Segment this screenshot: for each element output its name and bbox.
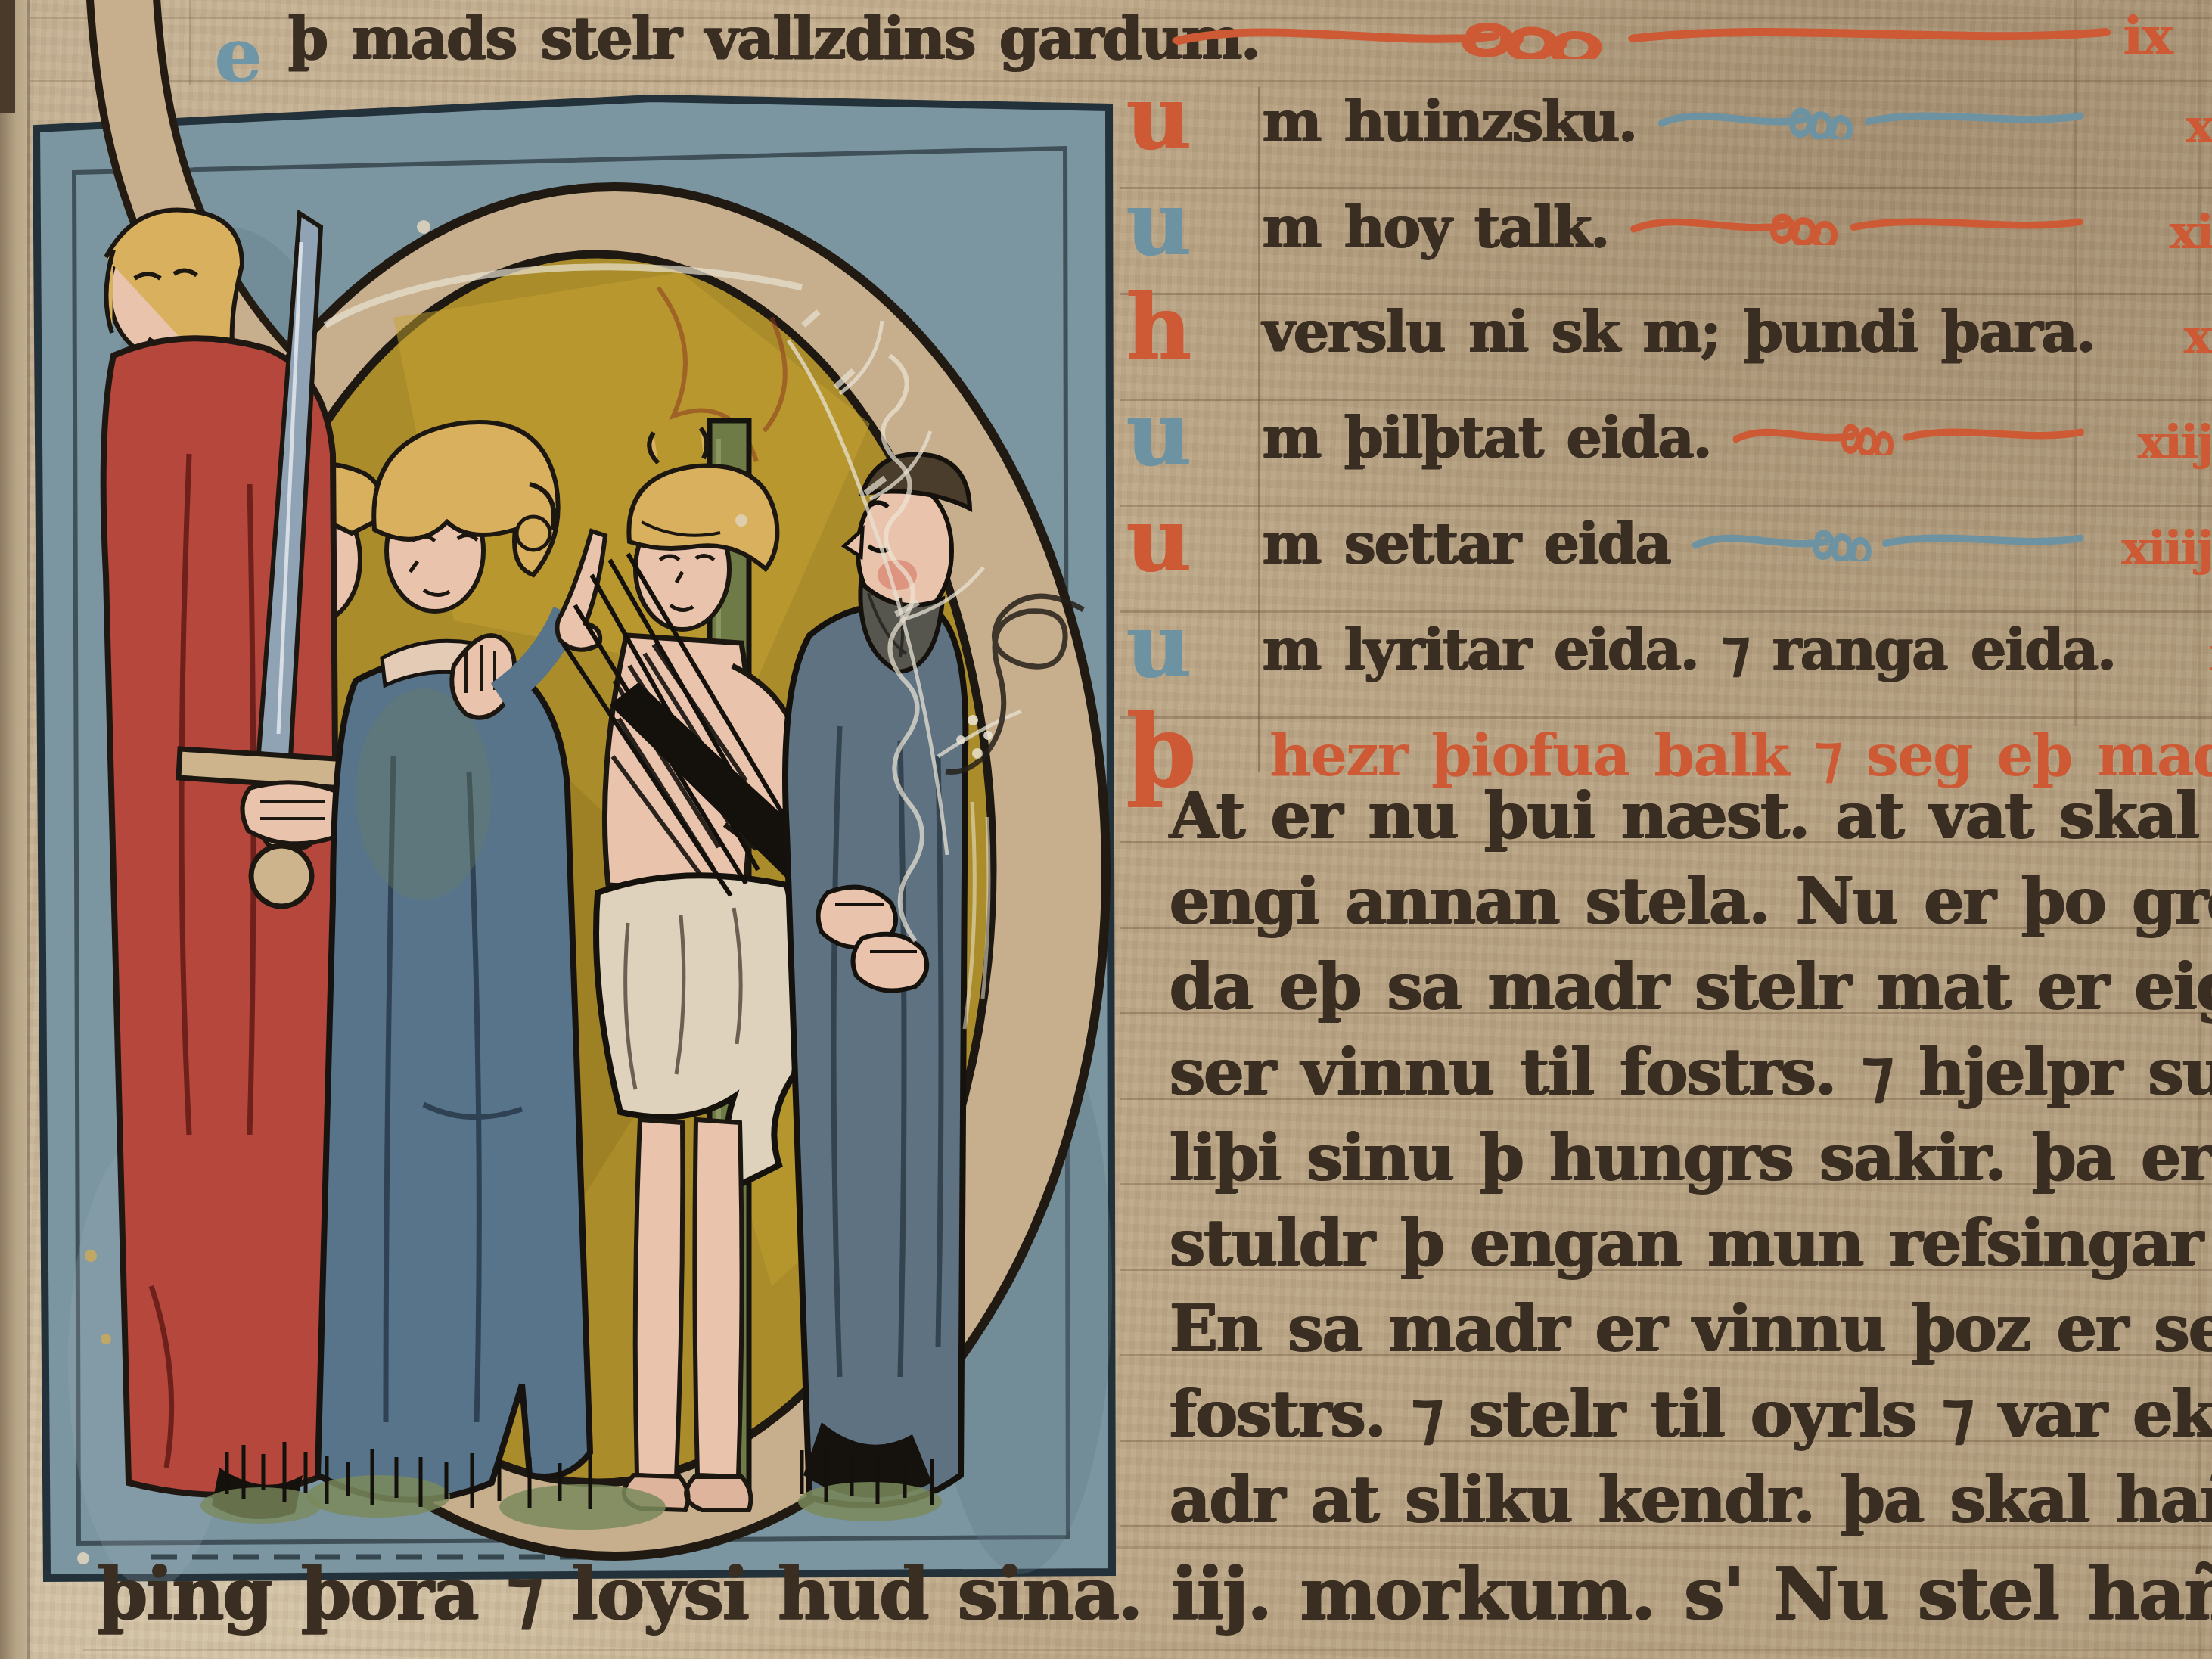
contents-row: u m settar eida xiiij (1126, 495, 2212, 601)
manuscript-page: e þ mads stelr vallzdins gardum. ix u m … (0, 0, 2212, 1659)
grass-patch (200, 1487, 322, 1524)
contents-text: m settar eida (1262, 511, 1670, 576)
contents-initial: u (1126, 73, 1262, 162)
contents-initial: u (1126, 601, 1262, 690)
contents-row: u m lyritar eida. ⁊ ranga eida. xv (1126, 601, 2212, 707)
prisoner-leg (635, 1120, 683, 1478)
contents-row: h verslu ni sk m; þundi þara. xij (1126, 283, 2212, 389)
contents-initial: u (1126, 495, 1262, 584)
chapter-numeral: ix (2123, 5, 2171, 67)
contents-row: u m hoy talk. xi (1126, 179, 2212, 284)
chapter-numeral: xiiij (2099, 520, 2212, 576)
contents-initial: u (1126, 389, 1262, 478)
contents-text: verslu ni sk m; þundi þara. (1262, 300, 2094, 365)
body-line: engi annan stela. Nu er þo grena (1169, 863, 2212, 938)
contents-text: m lyritar eida. ⁊ ranga eida. (1262, 617, 2114, 682)
chapter-numeral: xiij (2099, 415, 2212, 470)
body-line: At er nu þui næst. at vat skal / (1169, 778, 2212, 853)
chapter-numeral: xij (2129, 309, 2212, 364)
body-line: liþi sinu þ hungrs sakir. þa er sa (1169, 1120, 2212, 1195)
bottom-text-line: þing þora ⁊ loysi hud sina. iij. morkum.… (97, 1552, 2212, 1636)
grass-patch (798, 1482, 942, 1521)
grass-patch (499, 1484, 666, 1530)
contents-initial: h (1126, 283, 1262, 372)
chapter-numeral: xv (2149, 626, 2212, 682)
historiated-initial-miniature (0, 0, 1135, 1659)
body-line: stuldr þ engan mun refsingar vd (1169, 1205, 2212, 1280)
contents-text: m þilþtat eida. (1262, 405, 1710, 471)
line-filler-flourish (1691, 522, 2085, 561)
body-line: da eþ sa madr stelr mat er eigi þæ (1169, 949, 2212, 1024)
contents-row: u m þilþtat eida. xiij (1126, 389, 2212, 495)
contents-text: m hoy talk. (1262, 195, 1608, 260)
heading-line: þ mads stelr vallzdins gardum. (287, 5, 1259, 72)
body-line: adr at sliku kendr. þa skal hañ a (1169, 1462, 2212, 1536)
chapter-numeral: xi (2099, 204, 2212, 259)
chapter-numeral: x (2099, 98, 2212, 154)
line-filler-flourish (1657, 100, 2085, 139)
sword-pommel (251, 846, 312, 906)
body-line: fostrs. ⁊ stelr til oyrls ⁊ var ekki (1169, 1376, 2212, 1451)
body-line: En sa madr er vinnu þoz er ser til / (1169, 1291, 2212, 1365)
line-filler-flourish (1732, 416, 2086, 455)
body-line: ser vinnu til fostrs. ⁊ hjelpr sua (1169, 1034, 2212, 1109)
contents-row: u m huinzsku. x (1126, 73, 2212, 179)
executioner-hand (853, 934, 927, 991)
guide-letter-e: e (214, 11, 263, 100)
contents-initial: u (1126, 179, 1262, 268)
line-filler-flourish (1169, 14, 2114, 59)
line-filler-flourish (1629, 206, 2085, 245)
prisoner-leg (694, 1120, 741, 1477)
contents-text: m huinzsku. (1262, 89, 1636, 154)
